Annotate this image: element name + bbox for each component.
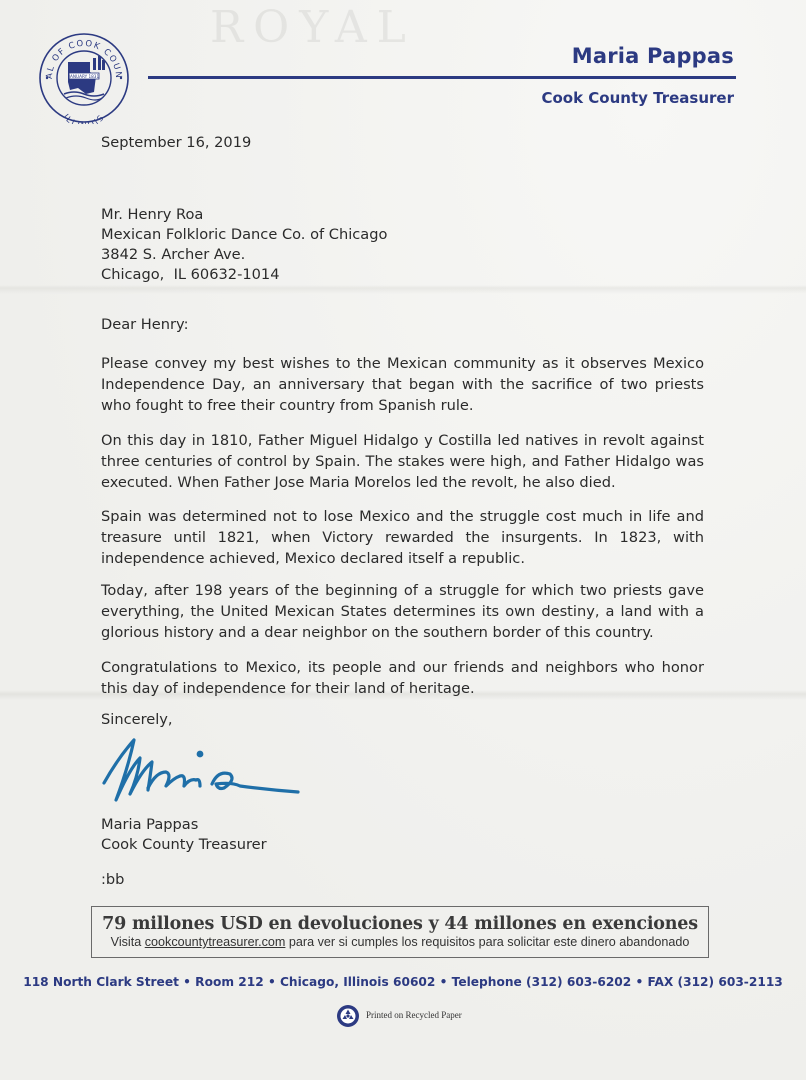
recipient-organization: Mexican Folkloric Dance Co. of Chicago	[101, 225, 387, 245]
paragraph-4: Today, after 198 years of the beginning …	[101, 580, 704, 643]
county-seal-icon: SEAL OF COOK COUNTY ILLINOIS JANUARY 183…	[38, 32, 130, 124]
recipient-name: Mr. Henry Roa	[101, 205, 387, 225]
paragraph-5: Congratulations to Mexico, its people an…	[101, 657, 704, 699]
footer-address: 118 North Clark Street • Room 212 • Chic…	[0, 975, 806, 989]
signer-title: Cook County Treasurer	[101, 835, 267, 855]
treasurer-website-link[interactable]: cookcountytreasurer.com	[145, 935, 286, 949]
promo-headline: 79 millones USD en devoluciones y 44 mil…	[92, 914, 708, 934]
signature-icon	[100, 728, 310, 813]
svg-text:JANUARY 1831: JANUARY 1831	[68, 74, 100, 79]
letterhead-rule	[148, 76, 736, 79]
recycle-icon	[336, 1004, 360, 1028]
letterhead-title: Cook County Treasurer	[541, 89, 734, 107]
signer-block: Maria Pappas Cook County Treasurer	[101, 815, 267, 855]
promo-sub-suffix: para ver si cumples los requisitos para …	[285, 935, 689, 949]
promo-subtext: Visita cookcountytreasurer.com para ver …	[92, 935, 708, 949]
salutation: Dear Henry:	[101, 315, 189, 335]
paragraph-2: On this day in 1810, Father Miguel Hidal…	[101, 430, 704, 493]
promo-sub-prefix: Visita	[111, 935, 145, 949]
svg-text:ILLINOIS: ILLINOIS	[61, 112, 106, 124]
closing: Sincerely,	[101, 710, 173, 730]
recipient-street: 3842 S. Archer Ave.	[101, 245, 387, 265]
recipient-block: Mr. Henry Roa Mexican Folkloric Dance Co…	[101, 205, 387, 285]
letter-date: September 16, 2019	[101, 133, 251, 153]
signer-name: Maria Pappas	[101, 815, 267, 835]
recycled-paper-note: Printed on Recycled Paper	[366, 1010, 462, 1020]
typist-initials: :bb	[101, 870, 124, 890]
letterhead-name: Maria Pappas	[572, 44, 734, 68]
recipient-city: Chicago, IL 60632-1014	[101, 265, 387, 285]
paragraph-1: Please convey my best wishes to the Mexi…	[101, 353, 704, 416]
promo-box: 79 millones USD en devoluciones y 44 mil…	[91, 906, 709, 958]
paragraph-3: Spain was determined not to lose Mexico …	[101, 506, 704, 569]
watermark: ROYAL	[210, 2, 416, 53]
